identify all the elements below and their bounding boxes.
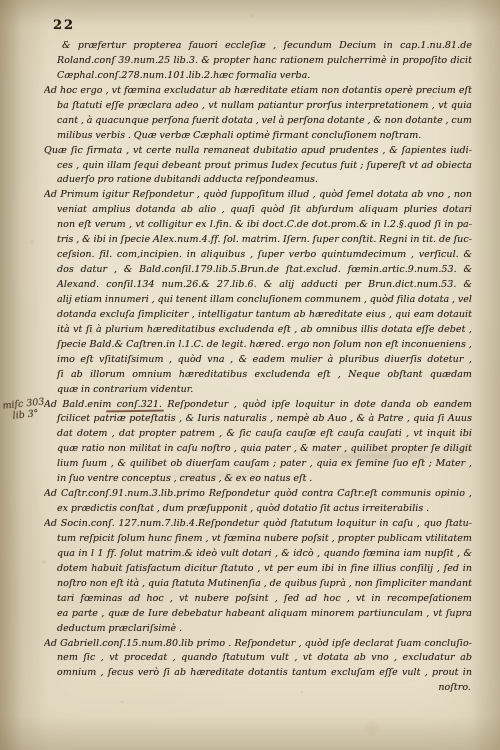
paragraph: Ad hoc ergo , vt fœmina excludatur ab hæ…	[44, 84, 472, 144]
text-line: Ad Gabriell.conſ.15.num.80.lib primo . R…	[44, 637, 472, 652]
text-line: ces , quin illam ſequi debeant prout pri…	[44, 159, 472, 174]
text-block: & præfertur propterea fauori eccleſiæ , …	[44, 39, 472, 696]
text-line: cant , à quacunque perſona fuerit dotata…	[44, 114, 472, 129]
text-line: ea parte , quæ de Iure debebatur habeant…	[44, 607, 472, 622]
text-line: tari fœminas ad hoc , vt nubere poſsint …	[44, 592, 472, 607]
text-line: Quæ ſic firmata , vt certe nulla remanea…	[44, 144, 472, 159]
paragraph: Ad Gabriell.conſ.15.num.80.lib primo . R…	[44, 637, 472, 697]
text-line: tris , & ibi in ſpecie Alex.num.4.ff. ſo…	[44, 233, 472, 248]
book-page-scan: 22 & præfertur propterea fauori eccleſiæ…	[0, 0, 500, 750]
text-line: dotanda excluſa ſimpliciter , intelligat…	[44, 308, 472, 323]
text-line: Ad Socin.conſ. 127.num.7.lib.4.Reſpondet…	[44, 517, 472, 532]
text-line: Ad Caſtr.conſ.91.num.3.lib.primo Reſpond…	[44, 487, 472, 502]
text-line: in ſuo ventre conceptus , creatus , & ex…	[44, 472, 472, 487]
text-line: milibus verbis . Quæ verbæ Cæphali optim…	[44, 129, 472, 144]
text-line: Roland.conſ 39.num.25 lib.3. & propter h…	[44, 54, 472, 69]
text-line: dotem habuit ſatisfactum dicitur ſtatuto…	[44, 562, 472, 577]
paragraph: Ad Caſtr.conſ.91.num.3.lib.primo Reſpond…	[44, 487, 472, 517]
text-line: Ad Primum igitur Reſpondetur , quòd ſupp…	[44, 188, 472, 203]
text-line: alij etiam innumeri , qui tenent illam c…	[44, 293, 472, 308]
text-line: non eſt verum , vt colligitur ex l.fin. …	[44, 218, 472, 233]
text-line: & præfertur propterea fauori eccleſiæ , …	[44, 39, 472, 54]
text-line: imo eſt vſitatiſsimum , quòd vna , & ead…	[44, 353, 472, 368]
text-line: quæ in contrarium videntur.	[44, 383, 472, 398]
paragraph: Ad Primum igitur Reſpondetur , quòd ſupp…	[44, 188, 472, 397]
text-line: qua in l 1 ff. ſolut matrim.& ideò vult …	[44, 547, 472, 562]
text-line: dat dotem , dat propter patrem , & ſic c…	[44, 427, 472, 442]
text-line: ſi ab illorum omnium hæreditatibus exclu…	[44, 368, 472, 383]
text-line: lium ſuum , & quilibet ob diuerſam cauſa…	[44, 457, 472, 472]
page-number: 22	[53, 18, 75, 33]
text-line: ceſsion. fil. com,incipien. in aliquibus…	[44, 248, 472, 263]
text-line: aduerſo pro ratione dubitandi adducta re…	[44, 173, 472, 188]
text-line: quæ ratio non militat in caſu noſtro , q…	[44, 442, 472, 457]
text-line: ba ſtatuti eſſe præclara adeo , vt nulla…	[44, 99, 472, 114]
text-line: ſcilicet patriæ poteſtatis , & Iuris nat…	[44, 412, 472, 427]
paragraph: & præfertur propterea fauori eccleſiæ , …	[44, 39, 472, 84]
text-line: Ad hoc ergo , vt fœmina excludatur ab hæ…	[44, 84, 472, 99]
text-line: ità vt ſi à plurium hæreditatibus exclud…	[44, 323, 472, 338]
text-line: tum reſpicit ſolum hunc finem , vt fœmin…	[44, 532, 472, 547]
text-line: Cæphal.conſ.278.num.101.lib.2.hæc formal…	[44, 69, 472, 84]
paragraph: Ad Socin.conſ. 127.num.7.lib.4.Reſpondet…	[44, 517, 472, 637]
text-line: deductum præclariſsimè .	[44, 622, 472, 637]
text-line: Alexand. conſil.134 num.26.& 27.lib.6. &…	[44, 278, 472, 293]
text-line: noſtro non eſt ità , quia ſtatuta Mutine…	[44, 577, 472, 592]
text-line: ſpecie Bald.& Caſtren.in l.1.C. de legit…	[44, 338, 472, 353]
text-line: noſtro.	[44, 681, 472, 696]
paragraph: Quæ ſic firmata , vt certe nulla remanea…	[44, 144, 472, 189]
text-line: ex prædictis conſtat , dum præſupponit ,…	[44, 502, 472, 517]
text-line: omnium , ſecus verò ſi ab hæreditate dot…	[44, 666, 472, 681]
text-line: veniat amplius dotanda ab alio , quaſi q…	[44, 203, 472, 218]
text-line: dos datur , & Bald.conſil.179.lib.5.Brun…	[44, 263, 472, 278]
text-line: nem ſic , vt procedat , quando ſtatutum …	[44, 651, 472, 666]
